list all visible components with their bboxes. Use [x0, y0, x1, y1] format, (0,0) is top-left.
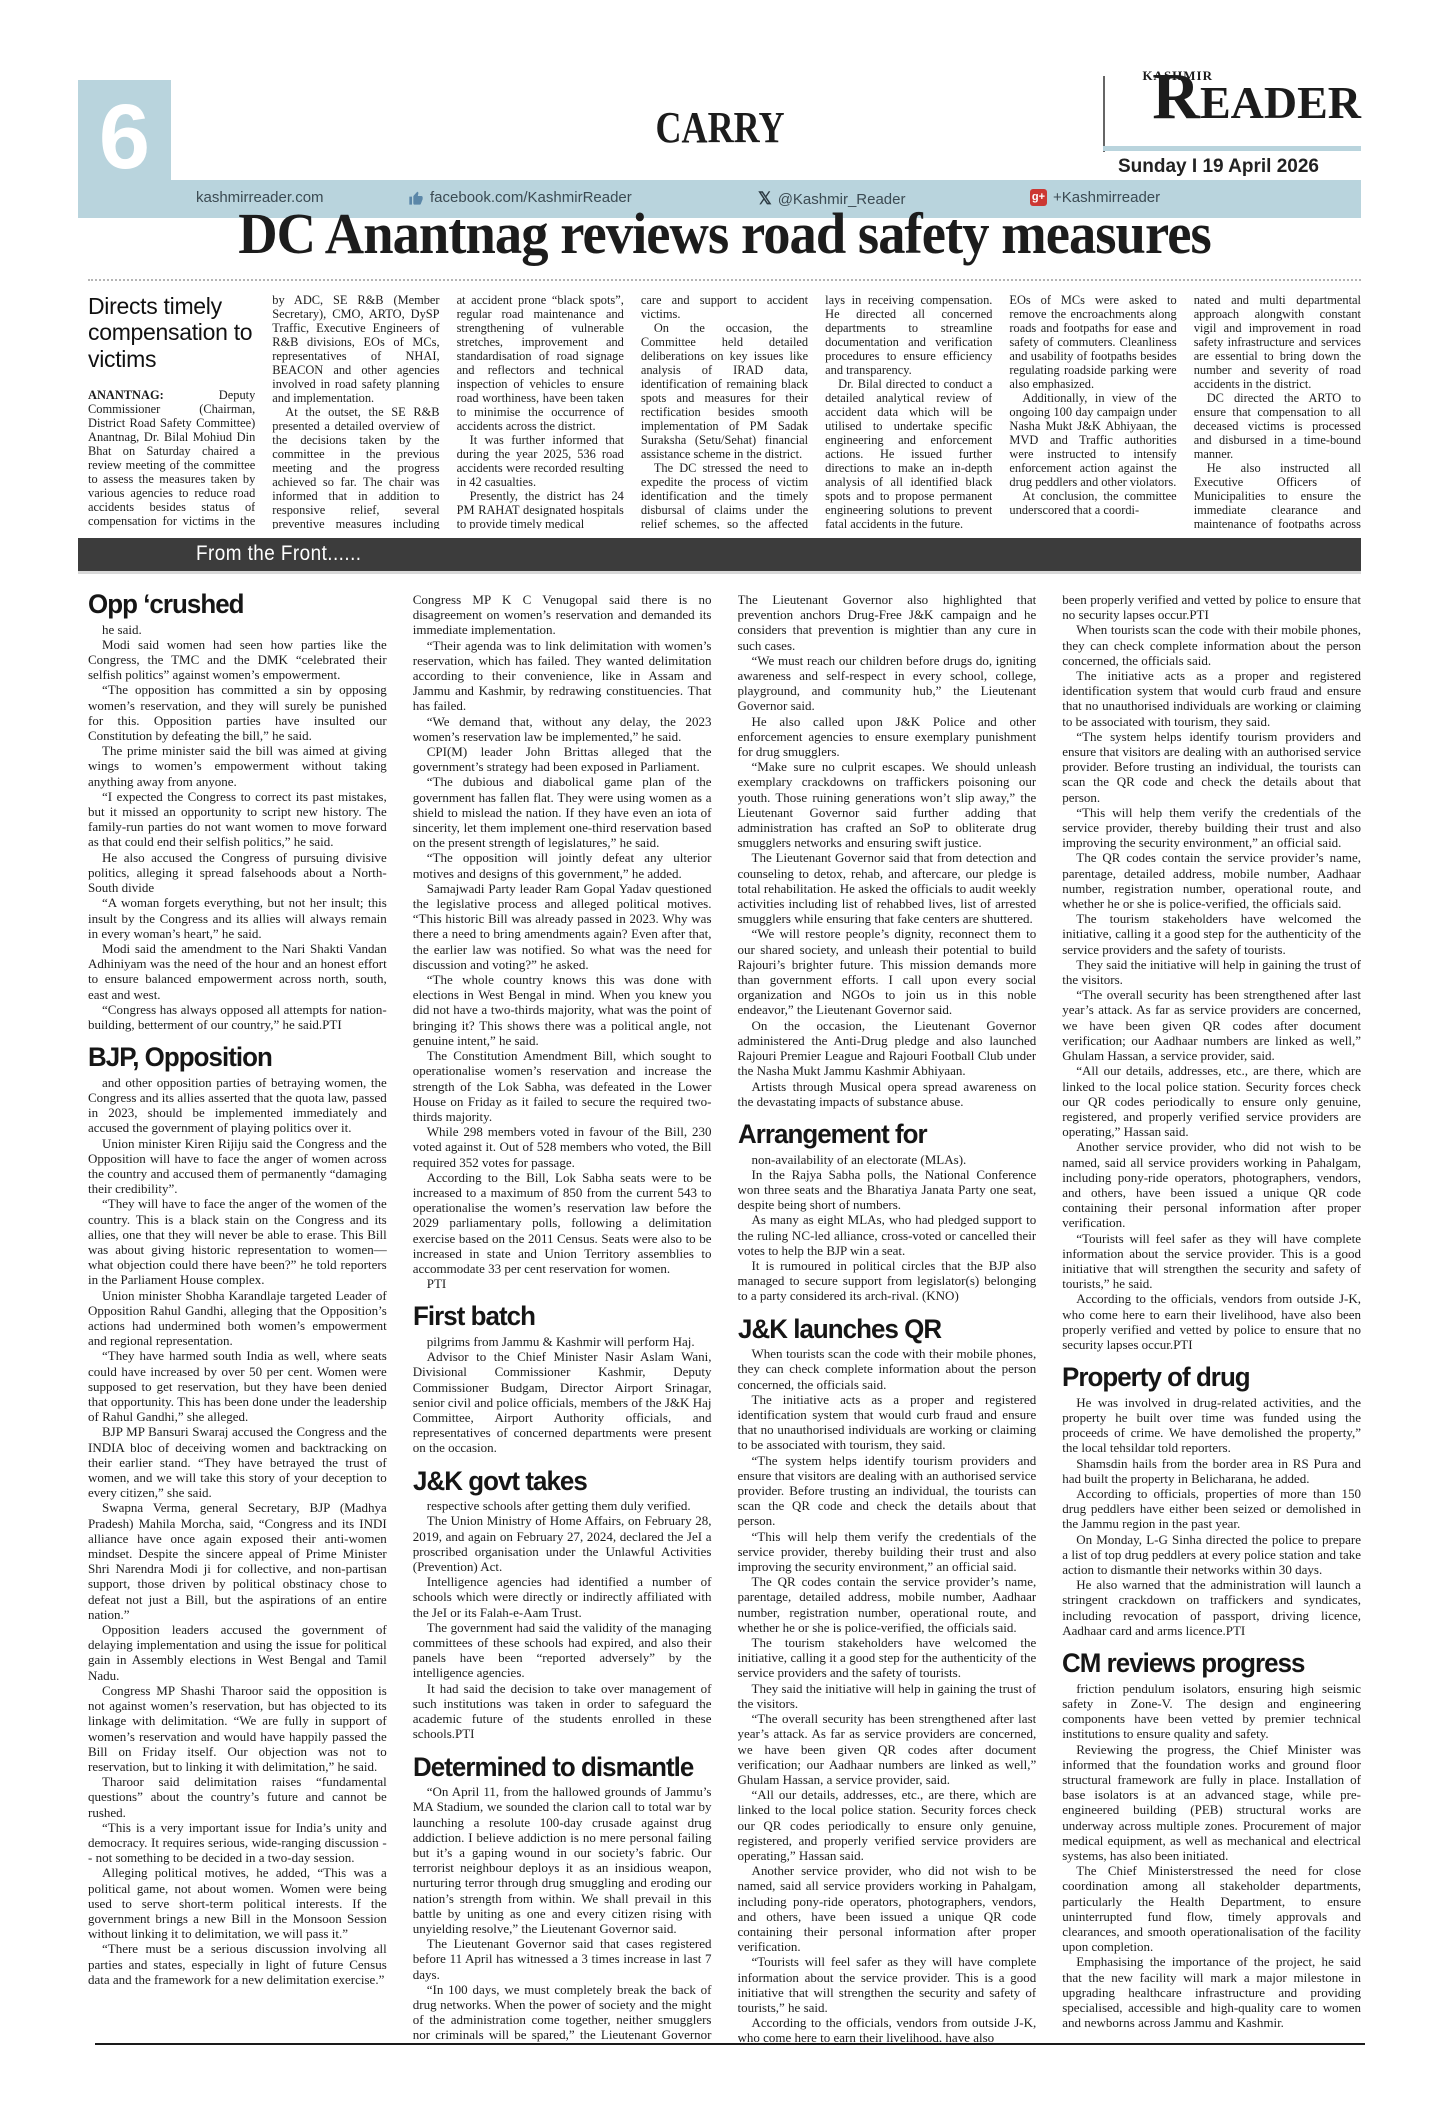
paragraph: “This is a very important issue for Indi…: [88, 1820, 387, 1866]
paragraph: He also instructed all Executive Officer…: [1194, 461, 1361, 529]
paragraph: “This will help them verify the credenti…: [738, 1529, 1037, 1575]
paragraph: “Tourists will feel safer as they will h…: [738, 1954, 1037, 2015]
story-heading: BJP, Opposition: [88, 1045, 375, 1071]
paragraph: PTI: [413, 1276, 712, 1291]
paragraph: EOs of MCs were asked to remove the encr…: [1009, 293, 1176, 391]
paragraph: On the occasion, the Lieutenant Governor…: [738, 1018, 1037, 1079]
lead-column-2: by ADC, SE R&B (Member Secretary), CMO, …: [272, 293, 439, 529]
front-section: Opp ‘crushedhe said.Modi said women had …: [88, 592, 1361, 2042]
lead-column-6: EOs of MCs were asked to remove the encr…: [1009, 293, 1176, 529]
paragraph: The Union Ministry of Home Affairs, on F…: [413, 1513, 712, 1574]
paragraph: “I expected the Congress to correct its …: [88, 789, 387, 850]
paragraph: He was involved in drug-related activiti…: [1062, 1395, 1361, 1456]
paragraph: According to officials, properties of mo…: [1062, 1486, 1361, 1532]
paragraph: According to the officials, vendors from…: [738, 2015, 1037, 2042]
paragraph: Opposition leaders accused the governmen…: [88, 1622, 387, 1683]
paragraph: They said the initiative will help in ga…: [738, 1681, 1037, 1711]
story-heading: First batch: [413, 1304, 700, 1330]
paragraph: According to the officials, vendors from…: [1062, 1291, 1361, 1352]
paragraph: DC directed the ARTO to ensure that comp…: [1194, 391, 1361, 461]
front-column-1: Opp ‘crushedhe said.Modi said women had …: [88, 592, 387, 2042]
paragraph: The tourism stakeholders have welcomed t…: [738, 1635, 1037, 1681]
paragraph: he said.: [88, 622, 387, 637]
bottom-rule: [95, 2043, 1365, 2045]
paragraph: The Lieutenant Governor also highlighted…: [738, 592, 1037, 653]
paragraph: at accident prone “black spots”, regular…: [457, 293, 624, 433]
paragraph: been properly verified and vetted by pol…: [1062, 592, 1361, 622]
paragraph: respective schools after getting them du…: [413, 1498, 712, 1513]
newspaper-page: 6 CARRY KASHMIR READER Sunday I 19 April…: [0, 0, 1439, 2127]
paragraph: care and support to accident victims.: [641, 293, 808, 321]
paragraph: Intelligence agencies had identified a n…: [413, 1574, 712, 1620]
paragraph: “The system helps identify tourism provi…: [1062, 729, 1361, 805]
paragraph: At the outset, the SE R&B presented a de…: [272, 405, 439, 529]
paragraph: Additionally, in view of the ongoing 100…: [1009, 391, 1176, 489]
paragraph: He also warned that the administration w…: [1062, 1577, 1361, 1638]
lead-column-4: care and support to accident victims.On …: [641, 293, 808, 529]
paragraph: The tourism stakeholders have welcomed t…: [1062, 911, 1361, 957]
story-heading: J&K govt takes: [413, 1469, 700, 1495]
lead-column-text: lays in receiving compensation. He direc…: [825, 293, 992, 529]
front-banner: From the Front......: [78, 538, 1361, 574]
story-heading: Arrangement for: [738, 1122, 1025, 1148]
paragraph: “There must be a serious discussion invo…: [88, 1941, 387, 1987]
paragraph: Congress MP K C Venugopal said there is …: [413, 592, 712, 638]
paragraph: pilgrims from Jammu & Kashmir will perfo…: [413, 1334, 712, 1349]
lead-column-5: lays in receiving compensation. He direc…: [825, 293, 992, 529]
paragraph: At conclusion, the committee underscored…: [1009, 489, 1176, 517]
paragraph: “All our details, addresses, etc., are t…: [1062, 1063, 1361, 1139]
paragraph: non-availability of an electorate (MLAs)…: [738, 1152, 1037, 1167]
story-heading: CM reviews progress: [1062, 1651, 1349, 1677]
lead-headline: DC Anantnag reviews road safety measures: [126, 204, 1323, 265]
story-heading: J&K launches QR: [738, 1317, 1025, 1343]
paragraph: When tourists scan the code with their m…: [1062, 622, 1361, 668]
paragraph: He also called upon J&K Police and other…: [738, 714, 1037, 760]
paragraph: “The overall security has been strengthe…: [1062, 987, 1361, 1063]
lead-story: DC Anantnag reviews road safety measures…: [88, 204, 1361, 529]
paragraph: Samajwadi Party leader Ram Gopal Yadav q…: [413, 881, 712, 972]
paragraph: The prime minister said the bill was aim…: [88, 743, 387, 789]
paragraph: “The overall security has been strengthe…: [738, 1711, 1037, 1787]
paragraph: The government had said the validity of …: [413, 1620, 712, 1681]
paragraph: It is rumoured in political circles that…: [738, 1258, 1037, 1304]
paragraph: “On April 11, from the hallowed grounds …: [413, 1784, 712, 1936]
paragraph: “The whole country knows this was done w…: [413, 972, 712, 1048]
paragraph: On Monday, L-G Sinha directed the police…: [1062, 1532, 1361, 1578]
paragraph: Congress MP Shashi Tharoor said the oppo…: [88, 1683, 387, 1774]
paragraph: nated and multi departmental approach al…: [1194, 293, 1361, 391]
lead-column-text: by ADC, SE R&B (Member Secretary), CMO, …: [272, 293, 439, 529]
paragraph: “The opposition will jointly defeat any …: [413, 850, 712, 880]
paragraph: BJP MP Bansuri Swaraj accused the Congre…: [88, 1424, 387, 1500]
paragraph: The QR codes contain the service provide…: [738, 1574, 1037, 1635]
paragraph: “They have harmed south India as well, w…: [88, 1348, 387, 1424]
paragraph: “Congress has always opposed all attempt…: [88, 1002, 387, 1032]
paragraph: “The dubious and diabolical game plan of…: [413, 774, 712, 850]
paragraph: “They will have to face the anger of the…: [88, 1196, 387, 1287]
paragraph: “Make sure no culprit escapes. We should…: [738, 759, 1037, 850]
paragraph: Shamsdin hails from the border area in R…: [1062, 1456, 1361, 1486]
paragraph: ANANTNAG: Deputy Commissioner (Chairman,…: [88, 388, 255, 529]
paragraph: The Constitution Amendment Bill, which s…: [413, 1048, 712, 1124]
paragraph: While 298 members voted in favour of the…: [413, 1124, 712, 1170]
paragraph: “The opposition has committed a sin by o…: [88, 682, 387, 743]
paragraph: Emphasising the importance of the projec…: [1062, 1954, 1361, 2030]
paragraph: “We demand that, without any delay, the …: [413, 714, 712, 744]
paragraph: Artists through Musical opera spread awa…: [738, 1079, 1037, 1109]
page-number-badge: 6: [78, 80, 171, 194]
front-column-text: been properly verified and vetted by pol…: [1062, 592, 1361, 2030]
paragraph: “All our details, addresses, etc., are t…: [738, 1787, 1037, 1863]
paragraph: In the Rajya Sabha polls, the National C…: [738, 1167, 1037, 1213]
front-column-text: The Lieutenant Governor also highlighted…: [738, 592, 1037, 2042]
paragraph: It had said the decision to take over ma…: [413, 1681, 712, 1742]
paragraph: The Lieutenant Governor said that cases …: [413, 1936, 712, 1982]
paragraph: Advisor to the Chief Minister Nasir Asla…: [413, 1349, 712, 1455]
paragraph: lays in receiving compensation. He direc…: [825, 293, 992, 377]
paragraph: Modi said women had seen how parties lik…: [88, 637, 387, 683]
paragraph: The DC stressed the need to expedite the…: [641, 461, 808, 529]
masthead-logo: KASHMIR READER: [1118, 66, 1361, 128]
lead-column-3: at accident prone “black spots”, regular…: [457, 293, 624, 529]
paragraph: On the occasion, the Committee held deta…: [641, 321, 808, 461]
paragraph: Swapna Verma, general Secretary, BJP (Ma…: [88, 1500, 387, 1622]
paragraph: Alleging political motives, he added, “T…: [88, 1865, 387, 1941]
section-title: CARRY: [523, 102, 917, 153]
lead-column-1: Directs timely compensation to victims A…: [88, 293, 255, 529]
masthead-rule: [1103, 146, 1361, 151]
paragraph: Reviewing the progress, the Chief Minist…: [1062, 1742, 1361, 1864]
lead-column-7: nated and multi departmental approach al…: [1194, 293, 1361, 529]
paragraph: “This will help them verify the credenti…: [1062, 805, 1361, 851]
paragraph: They said the initiative will help in ga…: [1062, 957, 1361, 987]
paragraph: “We will restore people’s dignity, recon…: [738, 926, 1037, 1017]
front-column-text: Congress MP K C Venugopal said there is …: [413, 592, 712, 2042]
paragraph: When tourists scan the code with their m…: [738, 1346, 1037, 1392]
masthead-divider: [1103, 76, 1105, 152]
paragraph: “We must reach our children before drugs…: [738, 653, 1037, 714]
lead-columns: Directs timely compensation to victims A…: [88, 293, 1361, 529]
front-column-3: The Lieutenant Governor also highlighted…: [738, 592, 1037, 2042]
paragraph: friction pendulum isolators, ensuring hi…: [1062, 1681, 1361, 1742]
paragraph: “The system helps identify tourism provi…: [738, 1453, 1037, 1529]
front-banner-label: From the Front......: [196, 542, 362, 566]
paragraph: The Lieutenant Governor said that from d…: [738, 850, 1037, 926]
paragraph: “Their agenda was to link delimitation w…: [413, 638, 712, 714]
lead-column-text: EOs of MCs were asked to remove the encr…: [1009, 293, 1176, 517]
lead-column-text: nated and multi departmental approach al…: [1194, 293, 1361, 529]
paragraph: Tharoor said delimitation raises “fundam…: [88, 1774, 387, 1820]
lead-column-text: care and support to accident victims.On …: [641, 293, 808, 529]
paragraph: The initiative acts as a proper and regi…: [738, 1392, 1037, 1453]
headline-rule: [88, 279, 1361, 281]
paragraph: Union minister Shobha Karandlaje targete…: [88, 1288, 387, 1349]
paragraph: According to the Bill, Lok Sabha seats w…: [413, 1170, 712, 1276]
front-column-4: been properly verified and vetted by pol…: [1062, 592, 1361, 2042]
story-heading: Determined to dismantle: [413, 1755, 700, 1781]
paragraph: It was further informed that during the …: [457, 433, 624, 489]
paragraph: and other opposition parties of betrayin…: [88, 1075, 387, 1136]
paragraph: The Chief Ministerstressed the need for …: [1062, 1863, 1361, 1954]
paragraph: Presently, the district has 24 PM RAHAT …: [457, 489, 624, 529]
paragraph: “A woman forgets everything, but not her…: [88, 895, 387, 941]
page-number: 6: [99, 91, 150, 183]
paragraph: “Tourists will feel safer as they will h…: [1062, 1231, 1361, 1292]
front-column-text: Opp ‘crushedhe said.Modi said women had …: [88, 592, 387, 1987]
lead-kicker: Directs timely compensation to victims: [88, 293, 255, 372]
paragraph: by ADC, SE R&B (Member Secretary), CMO, …: [272, 293, 439, 405]
masthead-kashmir: KASHMIR: [1142, 68, 1213, 84]
paragraph: CPI(M) leader John Brittas alleged that …: [413, 744, 712, 774]
paragraph: Union minister Kiren Rijiju said the Con…: [88, 1136, 387, 1197]
paragraph: Modi said the amendment to the Nari Shak…: [88, 941, 387, 1002]
paragraph: Another service provider, who did not wi…: [738, 1863, 1037, 1954]
paragraph: The initiative acts as a proper and regi…: [1062, 668, 1361, 729]
paragraph: “In 100 days, we must completely break t…: [413, 1982, 712, 2042]
paragraph: The QR codes contain the service provide…: [1062, 850, 1361, 911]
paragraph: As many as eight MLAs, who had pledged s…: [738, 1212, 1037, 1258]
lead-column-text: at accident prone “black spots”, regular…: [457, 293, 624, 529]
front-column-2: Congress MP K C Venugopal said there is …: [413, 592, 712, 2042]
edition-date: Sunday I 19 April 2026: [1118, 156, 1361, 178]
story-heading: Property of drug: [1062, 1365, 1349, 1391]
lead-column-text: ANANTNAG: Deputy Commissioner (Chairman,…: [88, 388, 255, 529]
story-heading: Opp ‘crushed: [88, 592, 375, 618]
paragraph: Another service provider, who did not wi…: [1062, 1139, 1361, 1230]
paragraph: He also accused the Congress of pursuing…: [88, 850, 387, 896]
paragraph: Dr. Bilal directed to conduct a detailed…: [825, 377, 992, 529]
